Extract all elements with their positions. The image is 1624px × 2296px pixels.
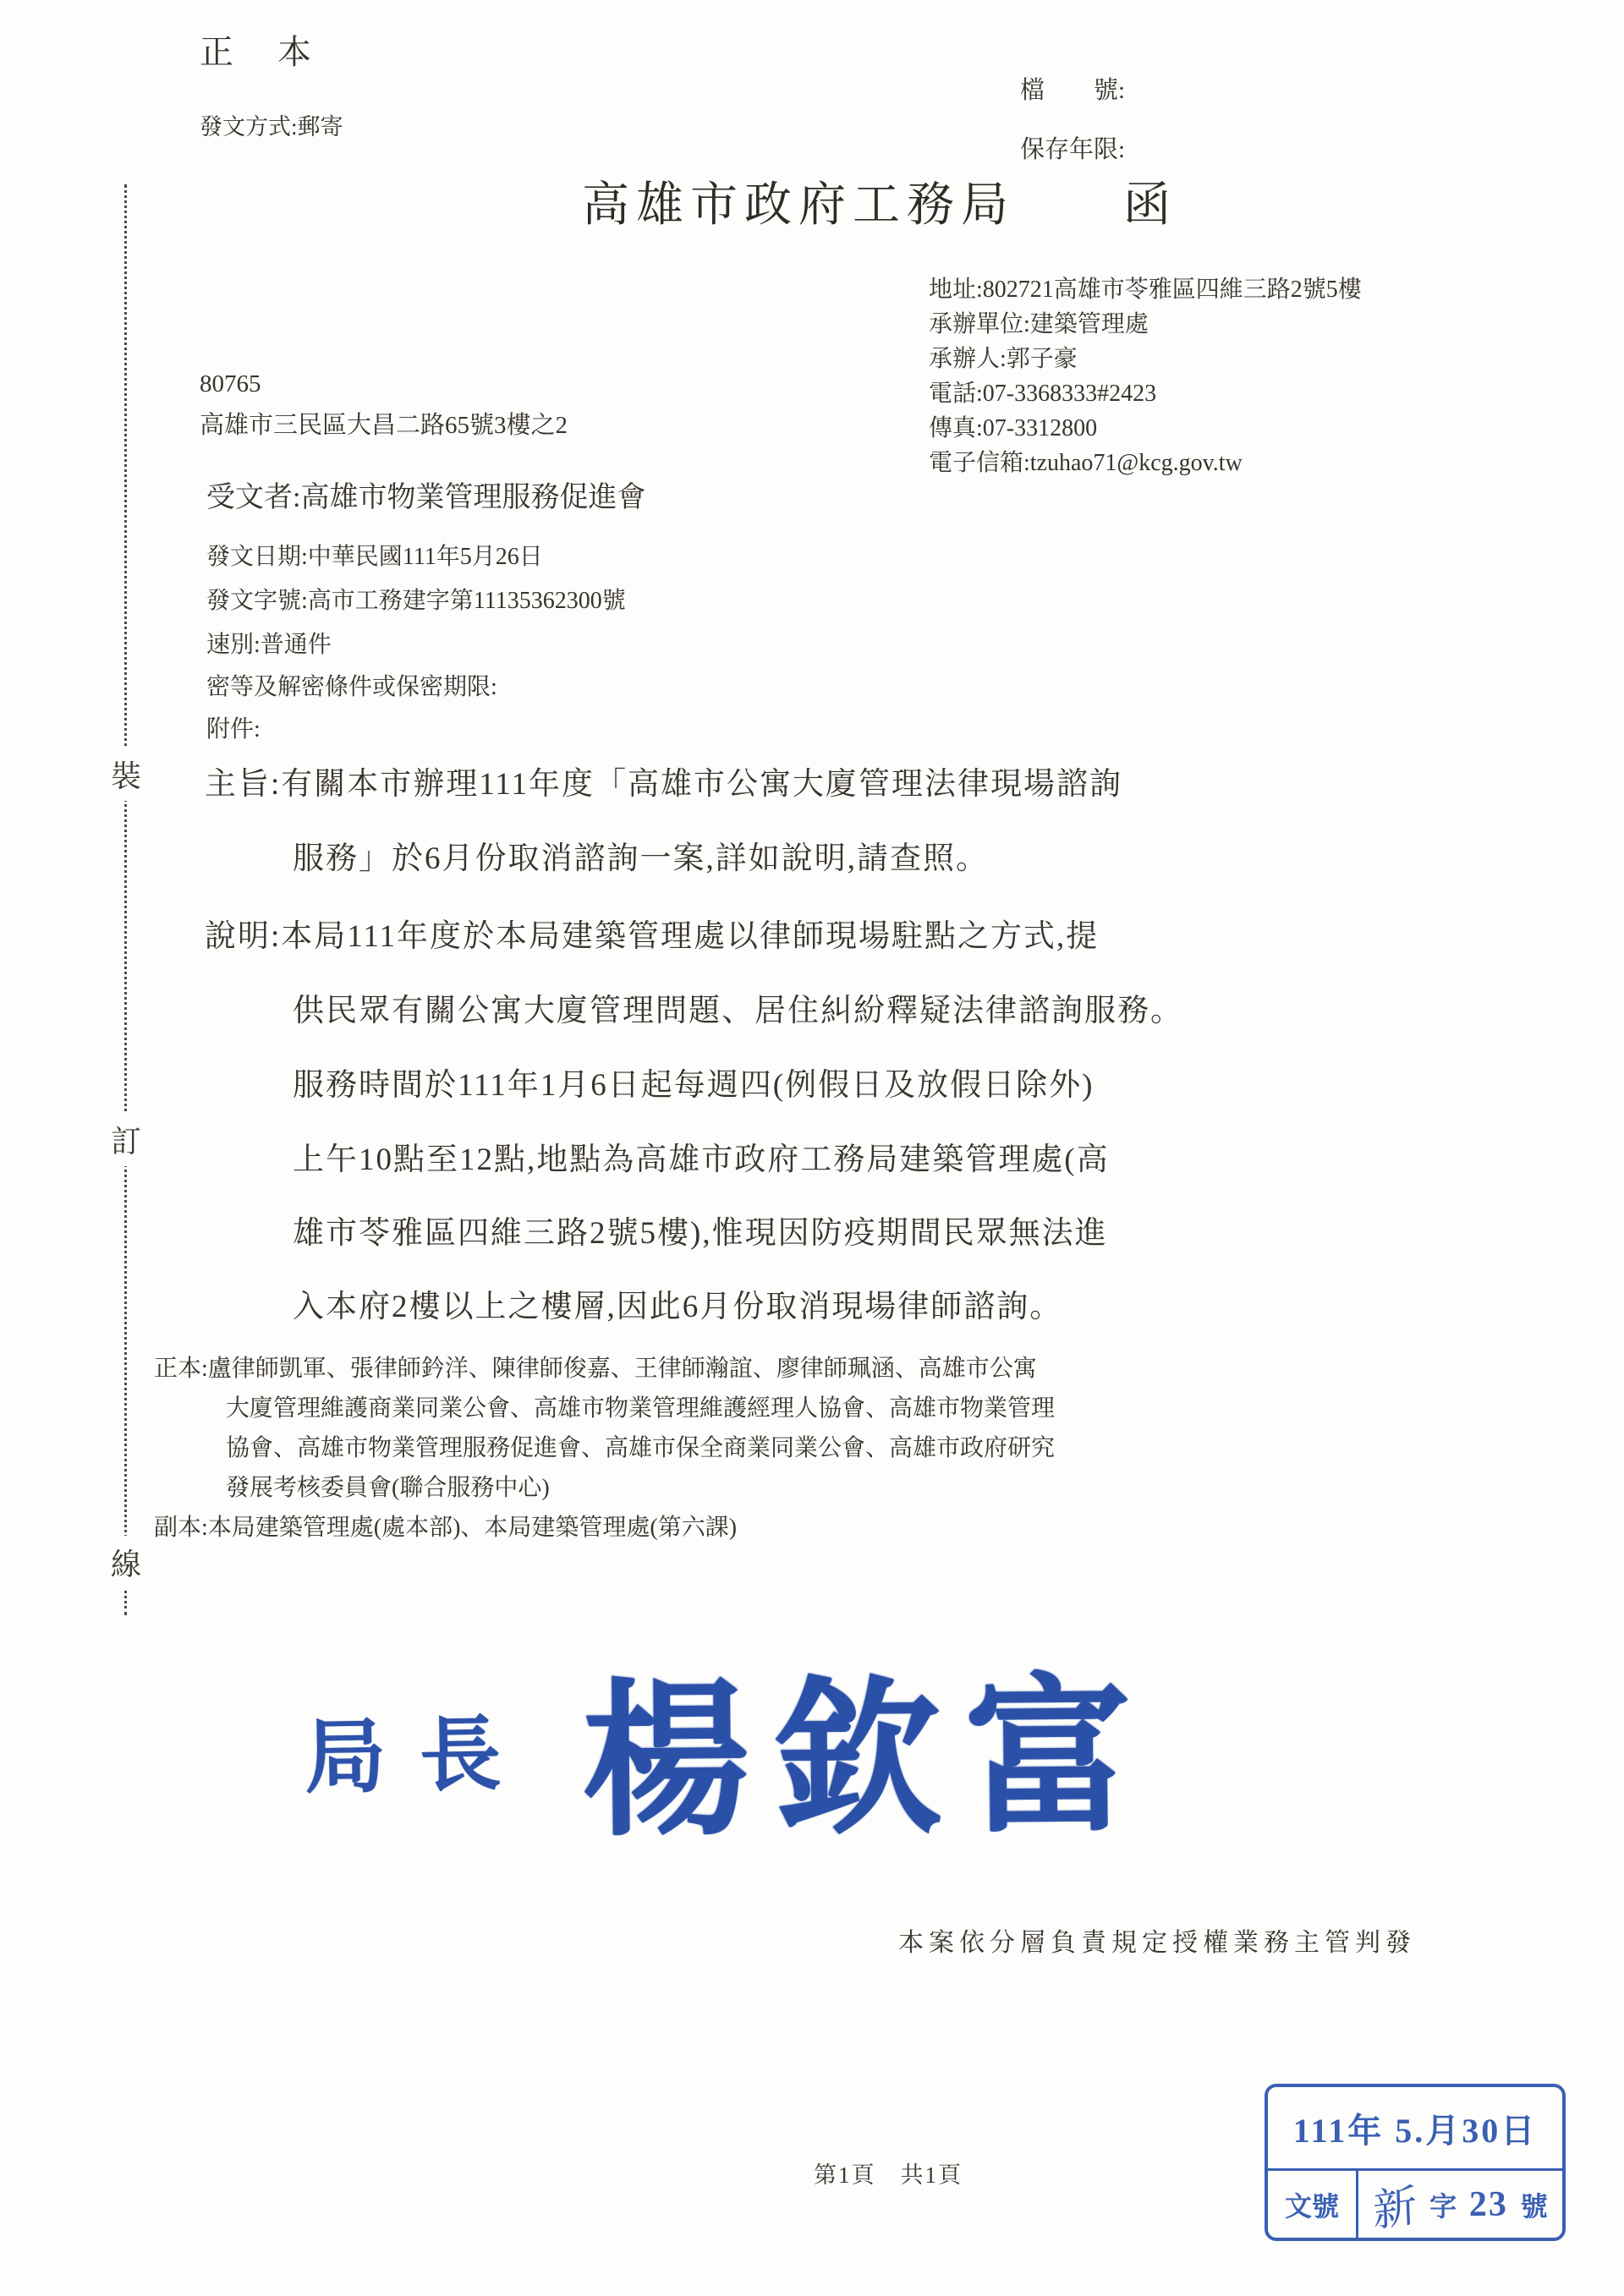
scanned-official-letter: { "doc": { "copy_type": "正 本", "delivery… — [0, 0, 1624, 2296]
subject-line-1: 主旨:有關本市辦理111年度「高雄市公寓大廈管理法律現場諮詢 — [205, 758, 1122, 803]
agency-address: 地址:802721高雄市苓雅區四維三路2號5樓 — [929, 272, 1362, 307]
agency-email: 電子信箱:tzuhao71@kcg.gov.tw — [929, 446, 1362, 480]
security-class: 密等及解密條件或保密期限: — [206, 668, 497, 702]
recipient-line: 受文者:高雄市物業管理服務促進會 — [206, 474, 645, 515]
subject-line-2: 服務」於6月份取消諮詢一案,詳如說明,請查照。 — [293, 832, 989, 878]
page-number-footer: 第1頁 共1頁 — [814, 2156, 963, 2189]
document-title: 高雄市政府工務局 函 — [582, 167, 1177, 235]
retention-period-label: 保存年限: — [1020, 130, 1125, 165]
original-recipients-line-4: 發展考核委員會(聯合服務中心) — [226, 1469, 550, 1503]
stamp-date: 111年 5.月30日 — [1268, 2087, 1562, 2171]
signer-title-calligraphy: 局長 — [304, 1690, 535, 1810]
binding-char-xian: 線 — [108, 1536, 144, 1589]
explanation-line-6: 入本府2樓以上之樓層,因此6月份取消現場律師諮詢。 — [293, 1280, 1062, 1326]
explanation-line-5: 雄市苓雅區四維三路2號5樓),惟現因防疫期間民眾無法進 — [293, 1207, 1108, 1252]
speed-class: 速別:普通件 — [206, 626, 332, 660]
issue-number: 發文字號:高市工務建字第11135362300號 — [206, 582, 626, 616]
recipient-street-address: 高雄市三民區大昌二路65號3樓之2 — [200, 406, 568, 441]
stamp-mid-char: 字 — [1429, 2185, 1457, 2224]
agency-phone: 電話:07-3368333#2423 — [929, 376, 1362, 411]
stamp-doc-number-value: 新 字 23 號 — [1358, 2171, 1562, 2238]
original-recipients-line-3: 協會、高雄市物業管理服務促進會、高雄市保全商業同業公會、高雄市政府研究 — [226, 1429, 1055, 1463]
original-recipients-line-1: 正本:盧律師凱軍、張律師鈐洋、陳律師俊嘉、王律師瀚誼、廖律師珮涵、高雄市公寓 — [154, 1350, 1037, 1384]
approval-delegation-note: 本案依分層負責規定授權業務主管判發 — [898, 1921, 1416, 1959]
recipient-postal-code: 80765 — [200, 370, 261, 398]
stamp-number-digits: 23 — [1469, 2184, 1508, 2225]
copy-recipients-line: 副本:本局建築管理處(處本部)、本局建築管理處(第六課) — [154, 1509, 737, 1543]
binding-dotted-line — [124, 184, 127, 1615]
agency-unit: 承辦單位:建築管理處 — [929, 307, 1362, 342]
explanation-line-2: 供民眾有關公寓大廈管理問題、居住糾紛釋疑法律諮詢服務。 — [293, 984, 1183, 1030]
binding-char-ding: 訂 — [108, 1113, 144, 1166]
explanation-line-3: 服務時間於111年1月6日起每週四(例假日及放假日除外) — [293, 1059, 1094, 1104]
binding-char-zhuang: 裝 — [108, 748, 144, 801]
agency-contact-block: 地址:802721高雄市苓雅區四維三路2號5樓 承辦單位:建築管理處 承辦人:郭… — [929, 272, 1362, 480]
received-date-stamp: 111年 5.月30日 文號 新 字 23 號 — [1265, 2084, 1566, 2241]
stamp-doc-number-label: 文號 — [1268, 2171, 1358, 2238]
stamp-bottom-row: 文號 新 字 23 號 — [1268, 2171, 1562, 2238]
explanation-line-4: 上午10點至12點,地點為高雄市政府工務局建築管理處(高 — [293, 1133, 1110, 1179]
issue-date: 發文日期:中華民國111年5月26日 — [206, 538, 543, 572]
file-number-label: 檔 號: — [1020, 71, 1125, 106]
attachment-label: 附件: — [206, 710, 261, 744]
agency-fax: 傳真:07-3312800 — [929, 411, 1362, 446]
explanation-line-1: 說明:本局111年度於本局建築管理處以律師現場駐點之方式,提 — [205, 910, 1099, 956]
signer-name-calligraphy: 楊欽富 — [581, 1621, 1156, 1867]
stamp-handwritten-char: 新 — [1372, 2169, 1418, 2239]
original-recipients-line-2: 大廈管理維護商業同業公會、高雄市物業管理維護經理人協會、高雄市物業管理 — [226, 1389, 1055, 1423]
copy-type-label: 正 本 — [200, 25, 316, 74]
delivery-method: 發文方式:郵寄 — [200, 108, 343, 141]
stamp-suffix-char: 號 — [1521, 2185, 1548, 2224]
agency-contact-person: 承辦人:郭子豪 — [929, 342, 1362, 376]
